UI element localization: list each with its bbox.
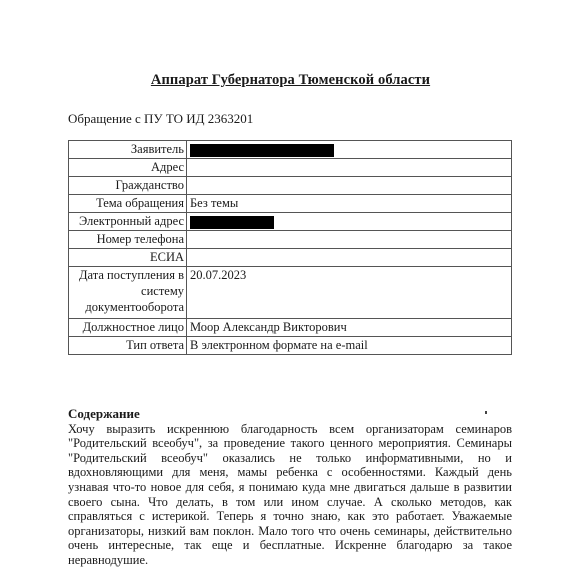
table-row: Номер телефона xyxy=(69,231,512,249)
field-label: Дата поступления в систему документообор… xyxy=(69,267,187,319)
field-label: Гражданство xyxy=(69,177,187,195)
table-row: Адрес xyxy=(69,159,512,177)
table-row: Дата поступления в систему документообор… xyxy=(69,267,512,319)
field-value: Без темы xyxy=(187,195,512,213)
appeal-info-table: ЗаявительАдресГражданствоТема обращенияБ… xyxy=(68,140,512,355)
appeal-reference: Обращение с ПУ ТО ИД 2363201 xyxy=(68,111,253,127)
field-value xyxy=(187,213,512,231)
field-label: Адрес xyxy=(69,159,187,177)
content-text: Хочу выразить искреннюю благодарность вс… xyxy=(68,422,512,568)
redaction-block xyxy=(190,216,274,229)
field-value xyxy=(187,231,512,249)
table-row: ЕСИА xyxy=(69,249,512,267)
table-row: Гражданство xyxy=(69,177,512,195)
field-label: ЕСИА xyxy=(69,249,187,267)
field-value xyxy=(187,249,512,267)
table-row: Электронный адрес xyxy=(69,213,512,231)
field-label: Заявитель xyxy=(69,141,187,159)
table-row: Заявитель xyxy=(69,141,512,159)
field-label: Должностное лицо xyxy=(69,319,187,337)
field-value xyxy=(187,177,512,195)
field-value: В электронном формате на e-mail xyxy=(187,337,512,355)
page-title: Аппарат Губернатора Тюменской области xyxy=(0,72,581,89)
content-heading: Содержание xyxy=(68,407,512,422)
field-label: Тип ответа xyxy=(69,337,187,355)
field-label: Тема обращения xyxy=(69,195,187,213)
table-row: Должностное лицоМоор Александр Викторови… xyxy=(69,319,512,337)
redaction-block xyxy=(190,144,334,157)
field-value: Моор Александр Викторович xyxy=(187,319,512,337)
field-value xyxy=(187,159,512,177)
field-label: Электронный адрес xyxy=(69,213,187,231)
table-row: Тип ответаВ электронном формате на e-mai… xyxy=(69,337,512,355)
content-section: Содержание Хочу выразить искреннюю благо… xyxy=(68,407,512,568)
table-row: Тема обращенияБез темы xyxy=(69,195,512,213)
field-label: Номер телефона xyxy=(69,231,187,249)
field-value xyxy=(187,141,512,159)
field-value: 20.07.2023 xyxy=(187,267,512,319)
scan-speck xyxy=(485,411,487,414)
